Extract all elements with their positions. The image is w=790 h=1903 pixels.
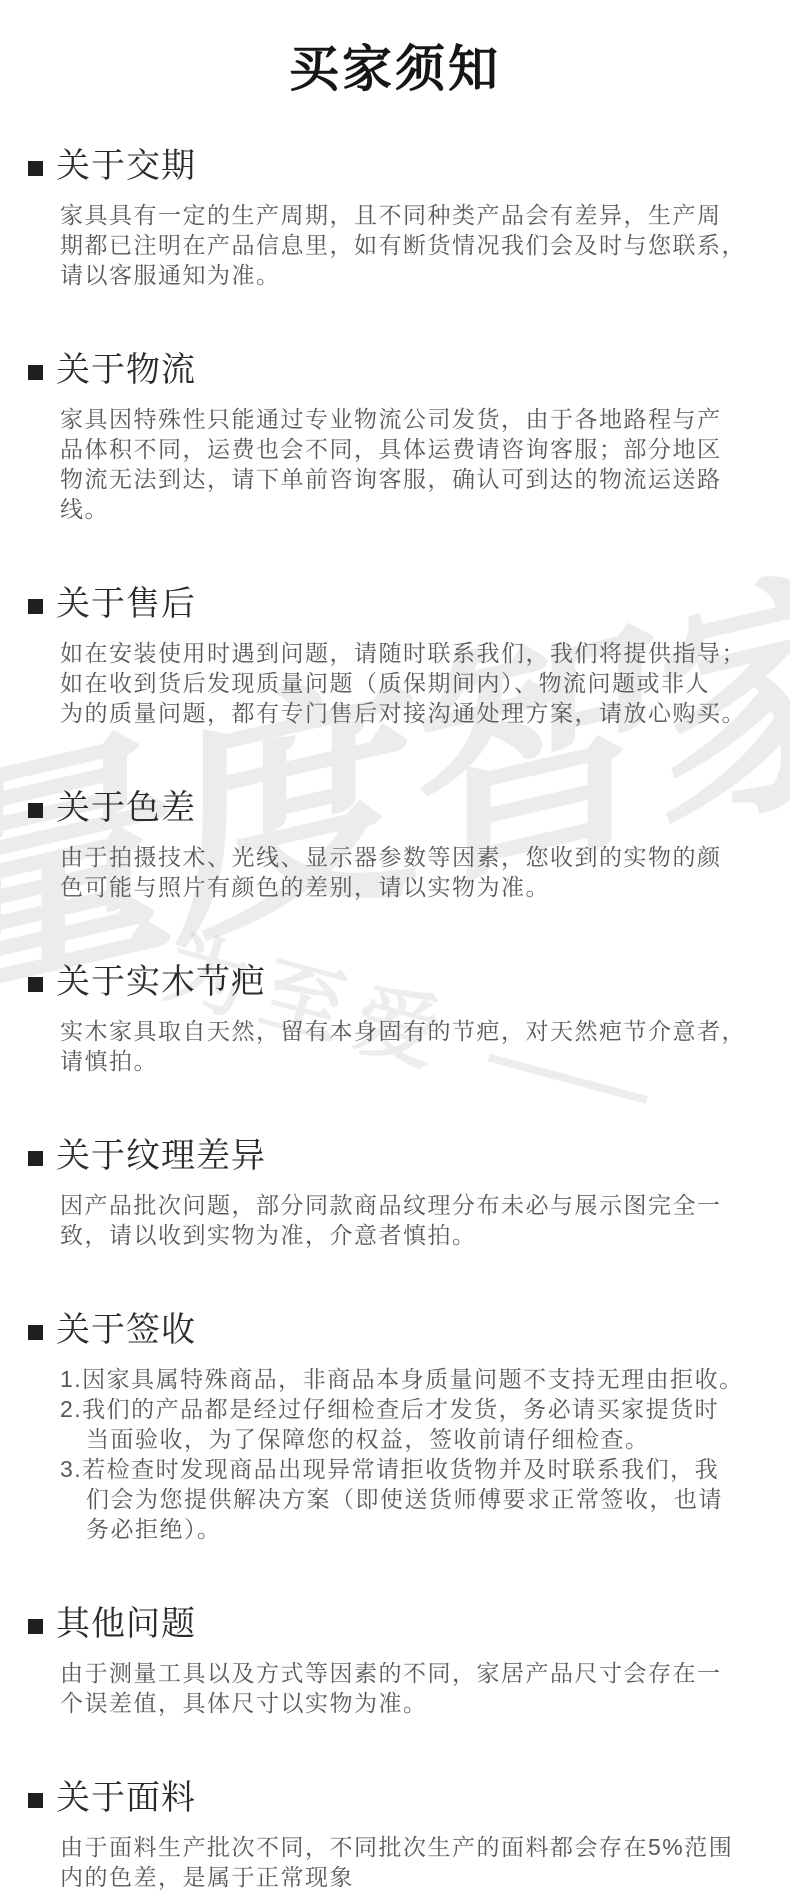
bullet-square-icon: [28, 161, 43, 176]
section-heading: 关于纹理差异: [28, 1134, 790, 1178]
section-other-issues: 其他问题 由于测量工具以及方式等因素的不同，家居产品尺寸会存在一 个误差值，具体…: [0, 1602, 790, 1718]
section-heading: 其他问题: [28, 1602, 790, 1646]
section-color-difference: 关于色差 由于拍摄技术、光线、显示器参数等因素，您收到的实物的颜 色可能与照片有…: [0, 786, 790, 902]
bullet-square-icon: [28, 803, 43, 818]
section-title: 关于售后: [56, 582, 196, 626]
bullet-square-icon: [28, 365, 43, 380]
section-title: 关于色差: [56, 786, 196, 830]
section-paragraph: 由于面料生产批次不同，不同批次生产的面料都会存在5%范围 内的色差，是属于正常现…: [60, 1832, 762, 1892]
numbered-item: 1.因家具属特殊商品，非商品本身质量问题不支持无理由拒收。: [60, 1364, 788, 1394]
section-fabric: 关于面料 由于面料生产批次不同，不同批次生产的面料都会存在5%范围 内的色差，是…: [0, 1776, 790, 1892]
section-heading: 关于实木节疤: [28, 960, 790, 1004]
section-sign-for-receipt: 关于签收 1.因家具属特殊商品，非商品本身质量问题不支持无理由拒收。 2.我们的…: [0, 1308, 790, 1544]
notice-content: 买家须知 关于交期 家具具有一定的生产周期，且不同种类产品会有差异，生产周 期都…: [0, 0, 790, 1892]
page-title: 买家须知: [0, 0, 790, 98]
section-title: 关于签收: [56, 1308, 196, 1352]
numbered-item: 3.若检查时发现商品出现异常请拒收货物并及时联系我们，我 们会为您提供解决方案（…: [60, 1454, 788, 1544]
bullet-square-icon: [28, 977, 43, 992]
section-title: 关于纹理差异: [56, 1134, 266, 1178]
section-paragraph: 家具因特殊性只能通过专业物流公司发货，由于各地路程与产 品体积不同，运费也会不同…: [60, 404, 762, 524]
bullet-square-icon: [28, 1619, 43, 1634]
section-delivery-time: 关于交期 家具具有一定的生产周期，且不同种类产品会有差异，生产周 期都已注明在产…: [0, 144, 790, 290]
section-heading: 关于色差: [28, 786, 790, 830]
section-heading: 关于面料: [28, 1776, 790, 1820]
buyer-notice-page: 量度智家 为至爱 —— 买家须知 关于交期 家具具有一定的生产周期，且不同种类产…: [0, 0, 790, 1903]
section-heading: 关于物流: [28, 348, 790, 392]
section-heading: 关于售后: [28, 582, 790, 626]
section-logistics: 关于物流 家具因特殊性只能通过专业物流公司发货，由于各地路程与产 品体积不同，运…: [0, 348, 790, 524]
bullet-square-icon: [28, 1325, 43, 1340]
section-title: 其他问题: [56, 1602, 196, 1646]
bullet-square-icon: [28, 599, 43, 614]
section-paragraph: 如在安装使用时遇到问题，请随时联系我们，我们将提供指导； 如在收到货后发现质量问…: [60, 638, 762, 728]
section-title: 关于实木节疤: [56, 960, 266, 1004]
section-wood-knots: 关于实木节疤 实木家具取自天然，留有本身固有的节疤，对天然疤节介意者， 请慎拍。: [0, 960, 790, 1076]
section-after-sales: 关于售后 如在安装使用时遇到问题，请随时联系我们，我们将提供指导； 如在收到货后…: [0, 582, 790, 728]
section-paragraph: 由于拍摄技术、光线、显示器参数等因素，您收到的实物的颜 色可能与照片有颜色的差别…: [60, 842, 762, 902]
section-title: 关于面料: [56, 1776, 196, 1820]
notice-sections: 关于交期 家具具有一定的生产周期，且不同种类产品会有差异，生产周 期都已注明在产…: [0, 144, 790, 1892]
numbered-item: 2.我们的产品都是经过仔细检查后才发货，务必请买家提货时 当面验收，为了保障您的…: [60, 1394, 788, 1454]
section-texture-difference: 关于纹理差异 因产品批次问题，部分同款商品纹理分布未必与展示图完全一 致，请以收…: [0, 1134, 790, 1250]
section-heading: 关于交期: [28, 144, 790, 188]
section-paragraph: 实木家具取自天然，留有本身固有的节疤，对天然疤节介意者， 请慎拍。: [60, 1016, 762, 1076]
bullet-square-icon: [28, 1151, 43, 1166]
section-title: 关于物流: [56, 348, 196, 392]
bullet-square-icon: [28, 1793, 43, 1808]
section-paragraph: 由于测量工具以及方式等因素的不同，家居产品尺寸会存在一 个误差值，具体尺寸以实物…: [60, 1658, 762, 1718]
section-heading: 关于签收: [28, 1308, 790, 1352]
section-paragraph: 因产品批次问题，部分同款商品纹理分布未必与展示图完全一 致，请以收到实物为准，介…: [60, 1190, 762, 1250]
section-title: 关于交期: [56, 144, 196, 188]
section-paragraph: 家具具有一定的生产周期，且不同种类产品会有差异，生产周 期都已注明在产品信息里，…: [60, 200, 762, 290]
